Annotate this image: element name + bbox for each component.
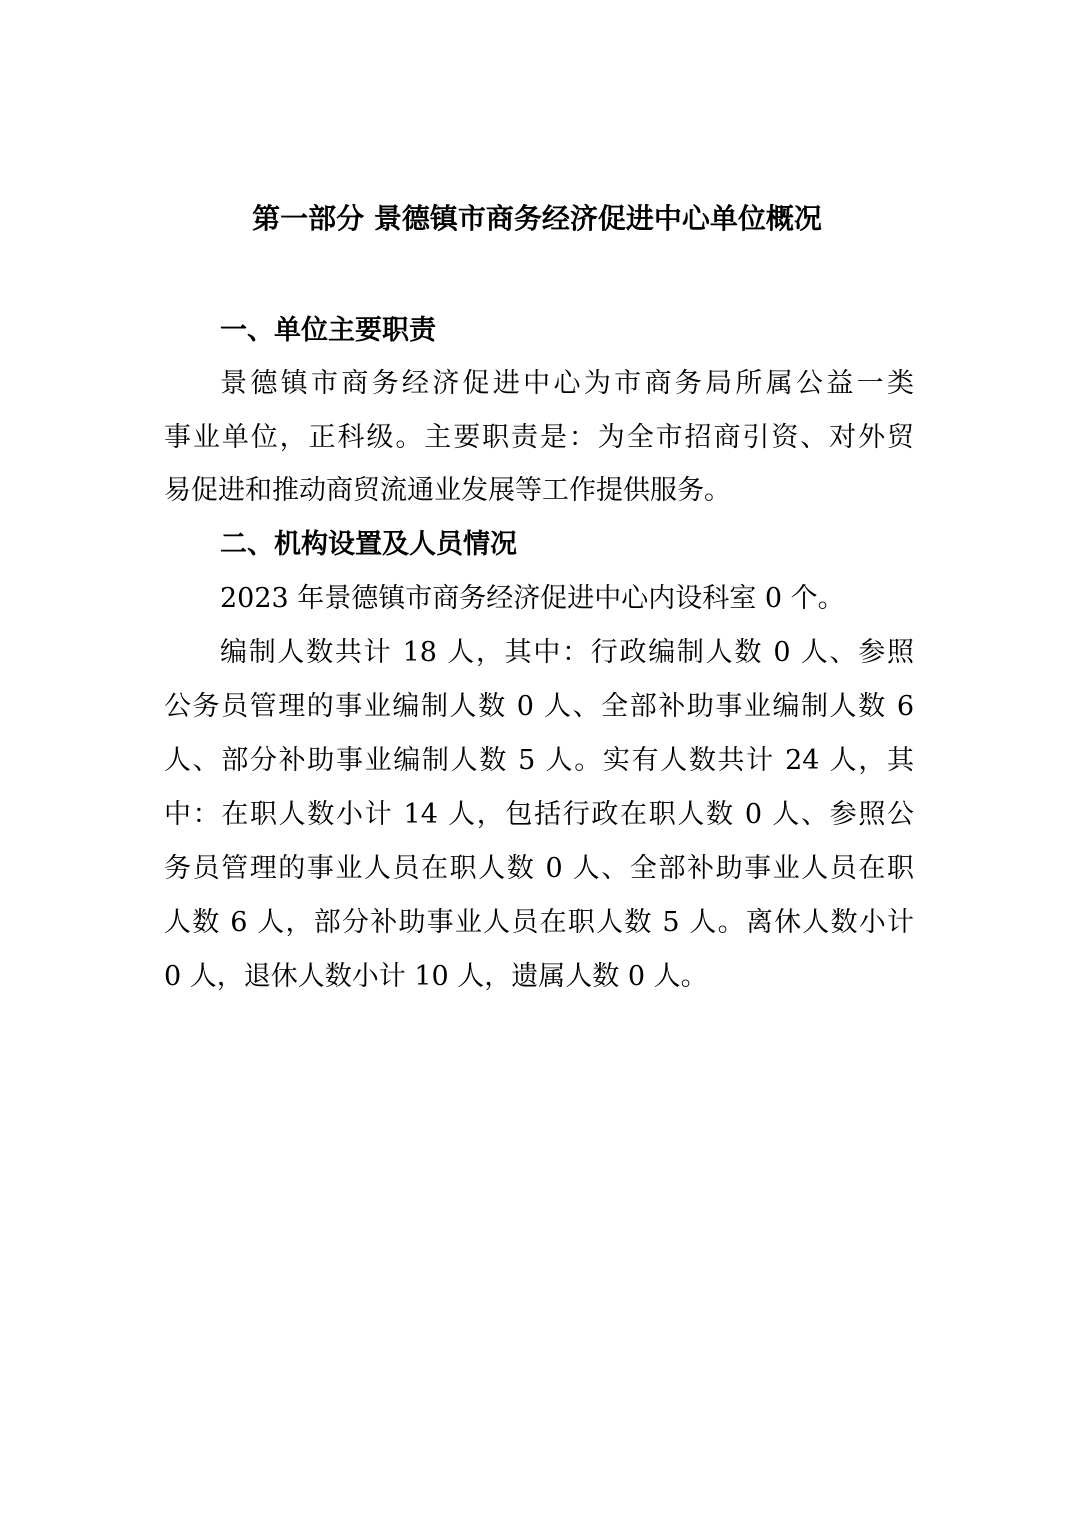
paragraph-line: 事业单位，正科级。主要职责是：为全市招商引资、对外贸 [164, 418, 914, 458]
paragraph-line: 公务员管理的事业编制人数 0 人、全部补助事业编制人数 6 [164, 687, 914, 727]
paragraph-line: 人、部分补助事业编制人数 5 人。实有人数共计 24 人，其 [164, 741, 914, 781]
paragraph-line: 0 人，退休人数小计 10 人，遗属人数 0 人。 [164, 957, 914, 997]
document-title: 第一部分 景德镇市商务经济促进中心单位概况 [0, 197, 1074, 241]
paragraph-line: 2023 年景德镇市商务经济促进中心内设科室 0 个。 [220, 579, 914, 619]
paragraph-line: 中：在职人数小计 14 人，包括行政在职人数 0 人、参照公 [164, 795, 914, 835]
section-heading-duties: 一、单位主要职责 [220, 311, 436, 351]
paragraph-line: 易促进和推动商贸流通业发展等工作提供服务。 [164, 471, 914, 511]
paragraph-line: 务员管理的事业人员在职人数 0 人、全部补助事业人员在职 [164, 849, 914, 889]
paragraph-line: 景德镇市商务经济促进中心为市商务局所属公益一类 [220, 364, 914, 404]
document-page: 第一部分 景德镇市商务经济促进中心单位概况 一、单位主要职责 景德镇市商务经济促… [0, 0, 1074, 1520]
paragraph-line: 编制人数共计 18 人，其中：行政编制人数 0 人、参照 [220, 633, 914, 673]
section-heading-organization: 二、机构设置及人员情况 [220, 525, 517, 565]
paragraph-line: 人数 6 人，部分补助事业人员在职人数 5 人。离休人数小计 [164, 903, 914, 943]
